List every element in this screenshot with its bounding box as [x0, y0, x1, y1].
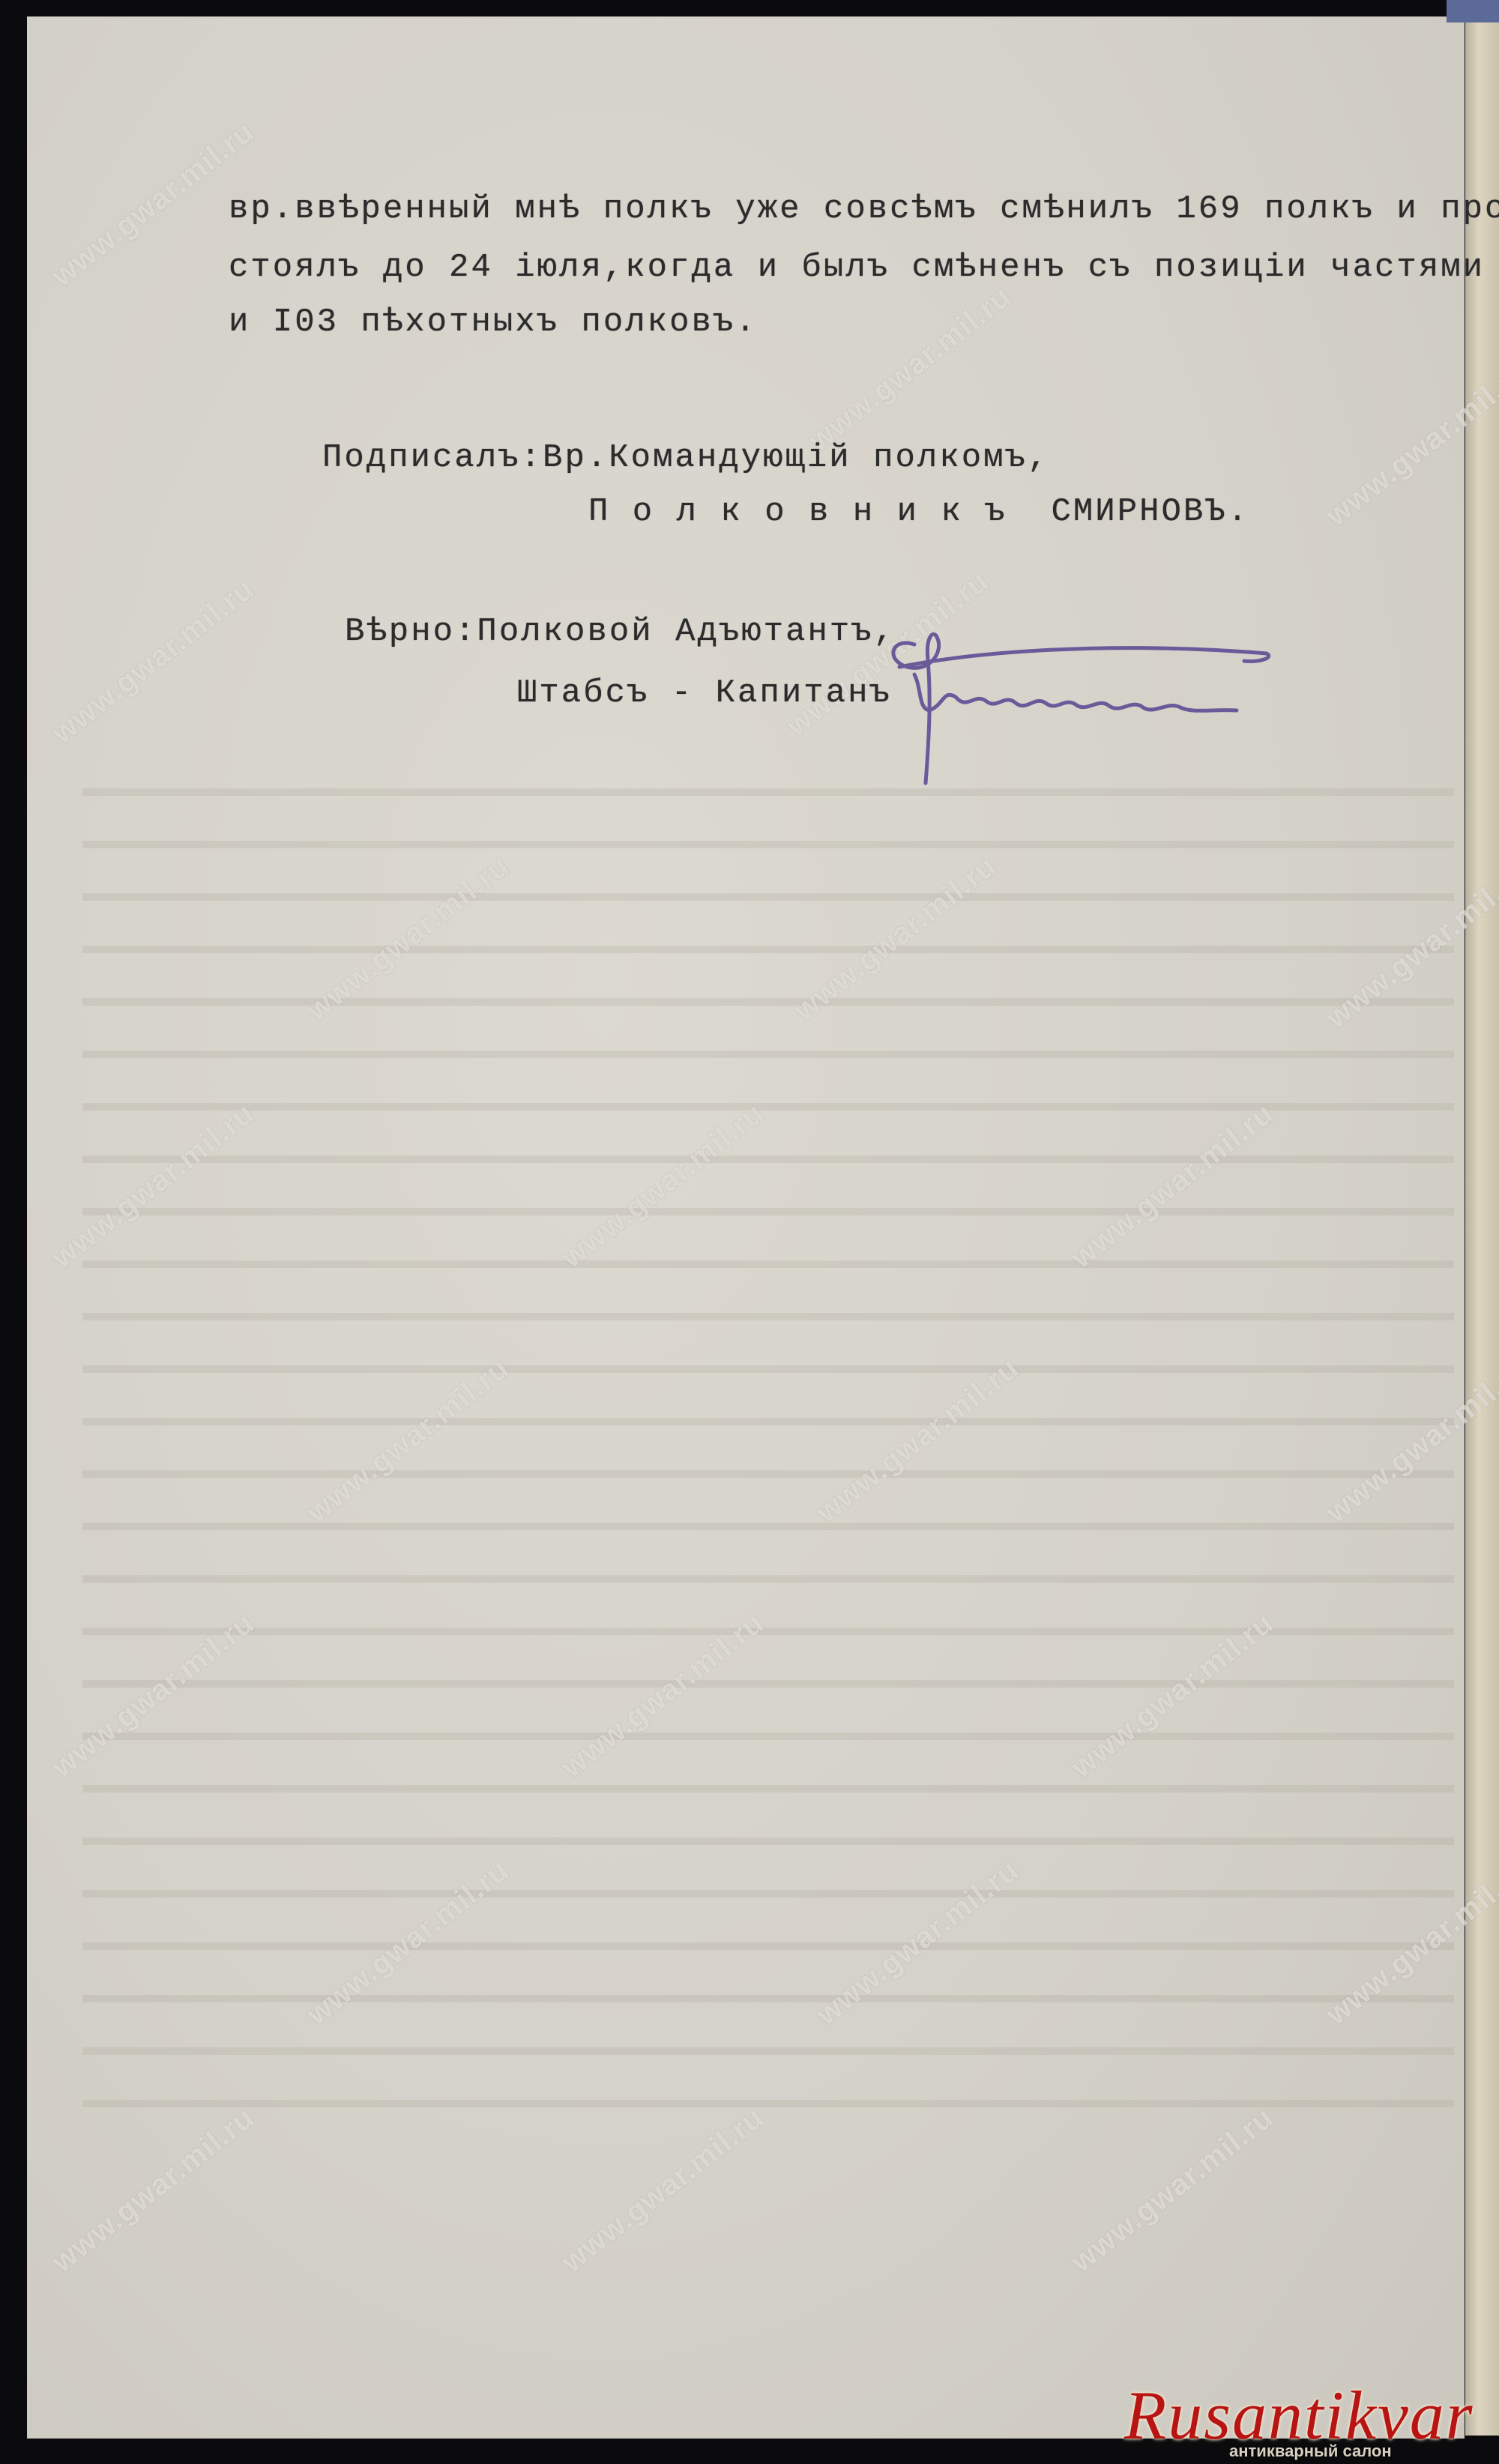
- certified-label: Вѣрно:Полковой Адъютантъ,: [345, 613, 896, 650]
- body-line-1: вр.ввѣренный мнѣ полкъ уже совсѣмъ смѣни…: [229, 190, 1499, 228]
- handwritten-signature: [884, 615, 1274, 787]
- rusantikvar-subtitle: антикварный салон: [1229, 2442, 1392, 2461]
- bleed-through-text: [82, 749, 1454, 2149]
- certified-rank: Штабсъ - Капитанъ: [517, 674, 892, 712]
- signed-by-label: Подписалъ:Вр.Командующій полкомъ,: [322, 439, 1049, 477]
- body-line-3: и I03 пѣхотныхъ полковъ.: [229, 304, 758, 341]
- signed-by-rank-name: П о л к о в н и к ъ СМИРНОВЪ.: [588, 493, 1249, 531]
- body-line-2: стоялъ до 24 іюля,когда и былъ смѣненъ с…: [229, 249, 1499, 286]
- background-strip: [1447, 0, 1499, 22]
